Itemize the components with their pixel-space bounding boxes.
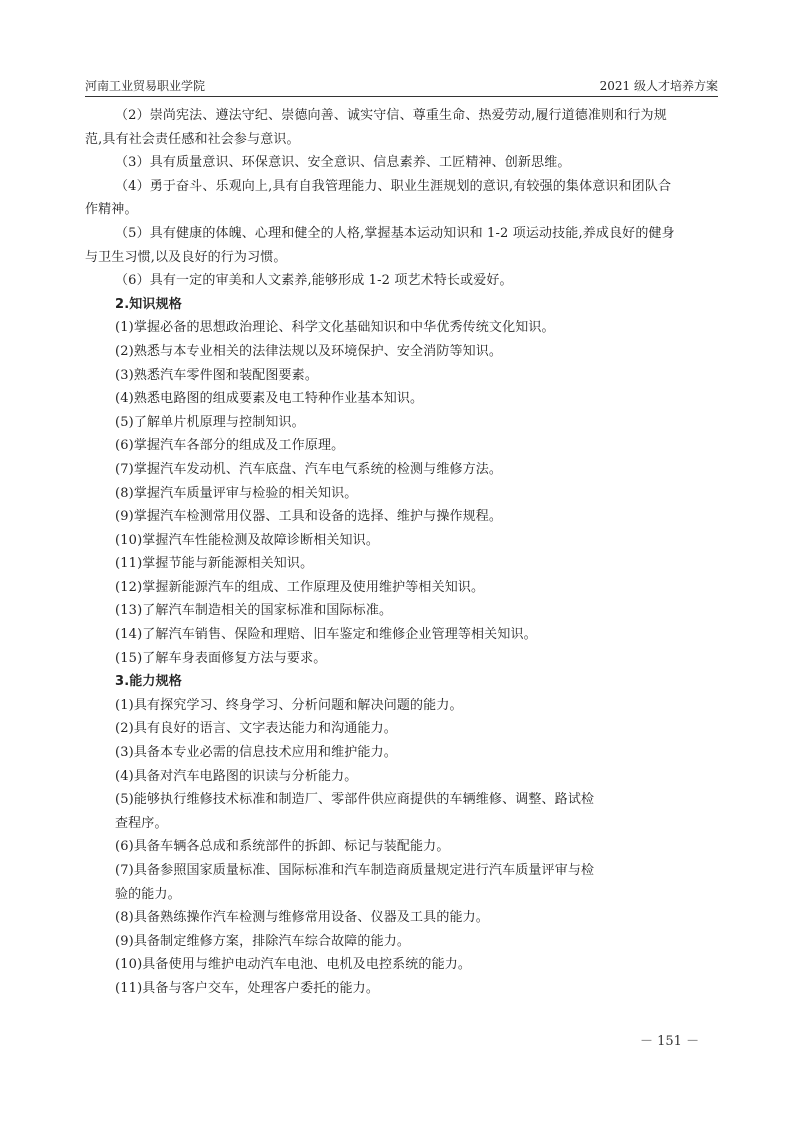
knowledge-item: (13)了解汽车制造相关的国家标准和国际标准。 <box>85 599 718 623</box>
knowledge-item: (14)了解汽车销售、保险和理赔、旧车鉴定和维修企业管理等相关知识。 <box>85 623 718 647</box>
knowledge-item: (8)掌握汽车质量评审与检验的相关知识。 <box>85 482 718 506</box>
quality-item-2-line2: 范,具有社会责任感和社会参与意识。 <box>85 128 718 152</box>
knowledge-item: (1)掌握必备的思想政治理论、科学文化基础知识和中华优秀传统文化知识。 <box>85 316 718 340</box>
quality-item-3: （3）具有质量意识、环保意识、安全意识、信息素养、工匠精神、创新思维。 <box>85 151 718 175</box>
quality-item-6: （6）具有一定的审美和人文素养,能够形成 1-2 项艺术特长或爱好。 <box>85 269 718 293</box>
ability-item: (10)具备使用与维护电动汽车电池、电机及电控系统的能力。 <box>85 953 718 977</box>
ability-item: (3)具备本专业必需的信息技术应用和维护能力。 <box>85 741 718 765</box>
page-header: 河南工业贸易职业学院 2021 级人才培养方案 <box>85 78 718 94</box>
ability-item-continuation: 查程序。 <box>85 812 718 836</box>
ability-item: (8)具备熟练操作汽车检测与维修常用设备、仪器及工具的能力。 <box>85 906 718 930</box>
header-doc-title: 2021 级人才培养方案 <box>600 78 718 94</box>
knowledge-heading: 2.知识规格 <box>85 293 718 317</box>
quality-item-4-line2: 作精神。 <box>85 198 718 222</box>
ability-item: (1)具有探究学习、终身学习、分析问题和解决问题的能力。 <box>85 694 718 718</box>
ability-item: (6)具备车辆各总成和系统部件的拆卸、标记与装配能力。 <box>85 835 718 859</box>
knowledge-item: (10)掌握汽车性能检测及故障诊断相关知识。 <box>85 529 718 553</box>
knowledge-item: (11)掌握节能与新能源相关知识。 <box>85 552 718 576</box>
quality-item-5-line2: 与卫生习惯,以及良好的行为习惯。 <box>85 246 718 270</box>
ability-item: (2)具有良好的语言、文字表达能力和沟通能力。 <box>85 717 718 741</box>
quality-item-5-line1: （5）具有健康的体魄、心理和健全的人格,掌握基本运动知识和 1-2 项运动技能,… <box>85 222 718 246</box>
ability-item: (7)具备参照国家质量标准、国际标准和汽车制造商质量规定进行汽车质量评审与检 <box>85 859 718 883</box>
ability-item: (4)具备对汽车电路图的识读与分析能力。 <box>85 765 718 789</box>
ability-item: (11)具备与客户交车，处理客户委托的能力。 <box>85 977 718 1001</box>
page-number: － 151 － <box>640 1030 699 1049</box>
knowledge-item: (15)了解车身表面修复方法与要求。 <box>85 647 718 671</box>
knowledge-item: (12)掌握新能源汽车的组成、工作原理及使用维护等相关知识。 <box>85 576 718 600</box>
knowledge-item: (3)熟悉汽车零件图和装配图要素。 <box>85 364 718 388</box>
knowledge-item: (9)掌握汽车检测常用仪器、工具和设备的选择、维护与操作规程。 <box>85 505 718 529</box>
ability-item-continuation: 验的能力。 <box>85 883 718 907</box>
quality-item-4-line1: （4）勇于奋斗、乐观向上,具有自我管理能力、职业生涯规划的意识,有较强的集体意识… <box>85 175 718 199</box>
knowledge-item: (6)掌握汽车各部分的组成及工作原理。 <box>85 434 718 458</box>
document-body: （2）崇尚宪法、遵法守纪、崇德向善、诚实守信、尊重生命、热爱劳动,履行道德准则和… <box>85 104 718 1001</box>
ability-item: (5)能够执行维修技术标准和制造厂、零部件供应商提供的车辆维修、调整、路试检 <box>85 788 718 812</box>
ability-item: (9)具备制定维修方案，排除汽车综合故障的能力。 <box>85 930 718 954</box>
knowledge-item: (2)熟悉与本专业相关的法律法规以及环境保护、安全消防等知识。 <box>85 340 718 364</box>
quality-item-2-line1: （2）崇尚宪法、遵法守纪、崇德向善、诚实守信、尊重生命、热爱劳动,履行道德准则和… <box>85 104 718 128</box>
knowledge-item: (4)熟悉电路图的组成要素及电工特种作业基本知识。 <box>85 387 718 411</box>
ability-heading: 3.能力规格 <box>85 670 718 694</box>
knowledge-item: (7)掌握汽车发动机、汽车底盘、汽车电气系统的检测与维修方法。 <box>85 458 718 482</box>
header-divider <box>85 96 718 97</box>
header-institution: 河南工业贸易职业学院 <box>85 78 205 94</box>
knowledge-item: (5)了解单片机原理与控制知识。 <box>85 411 718 435</box>
